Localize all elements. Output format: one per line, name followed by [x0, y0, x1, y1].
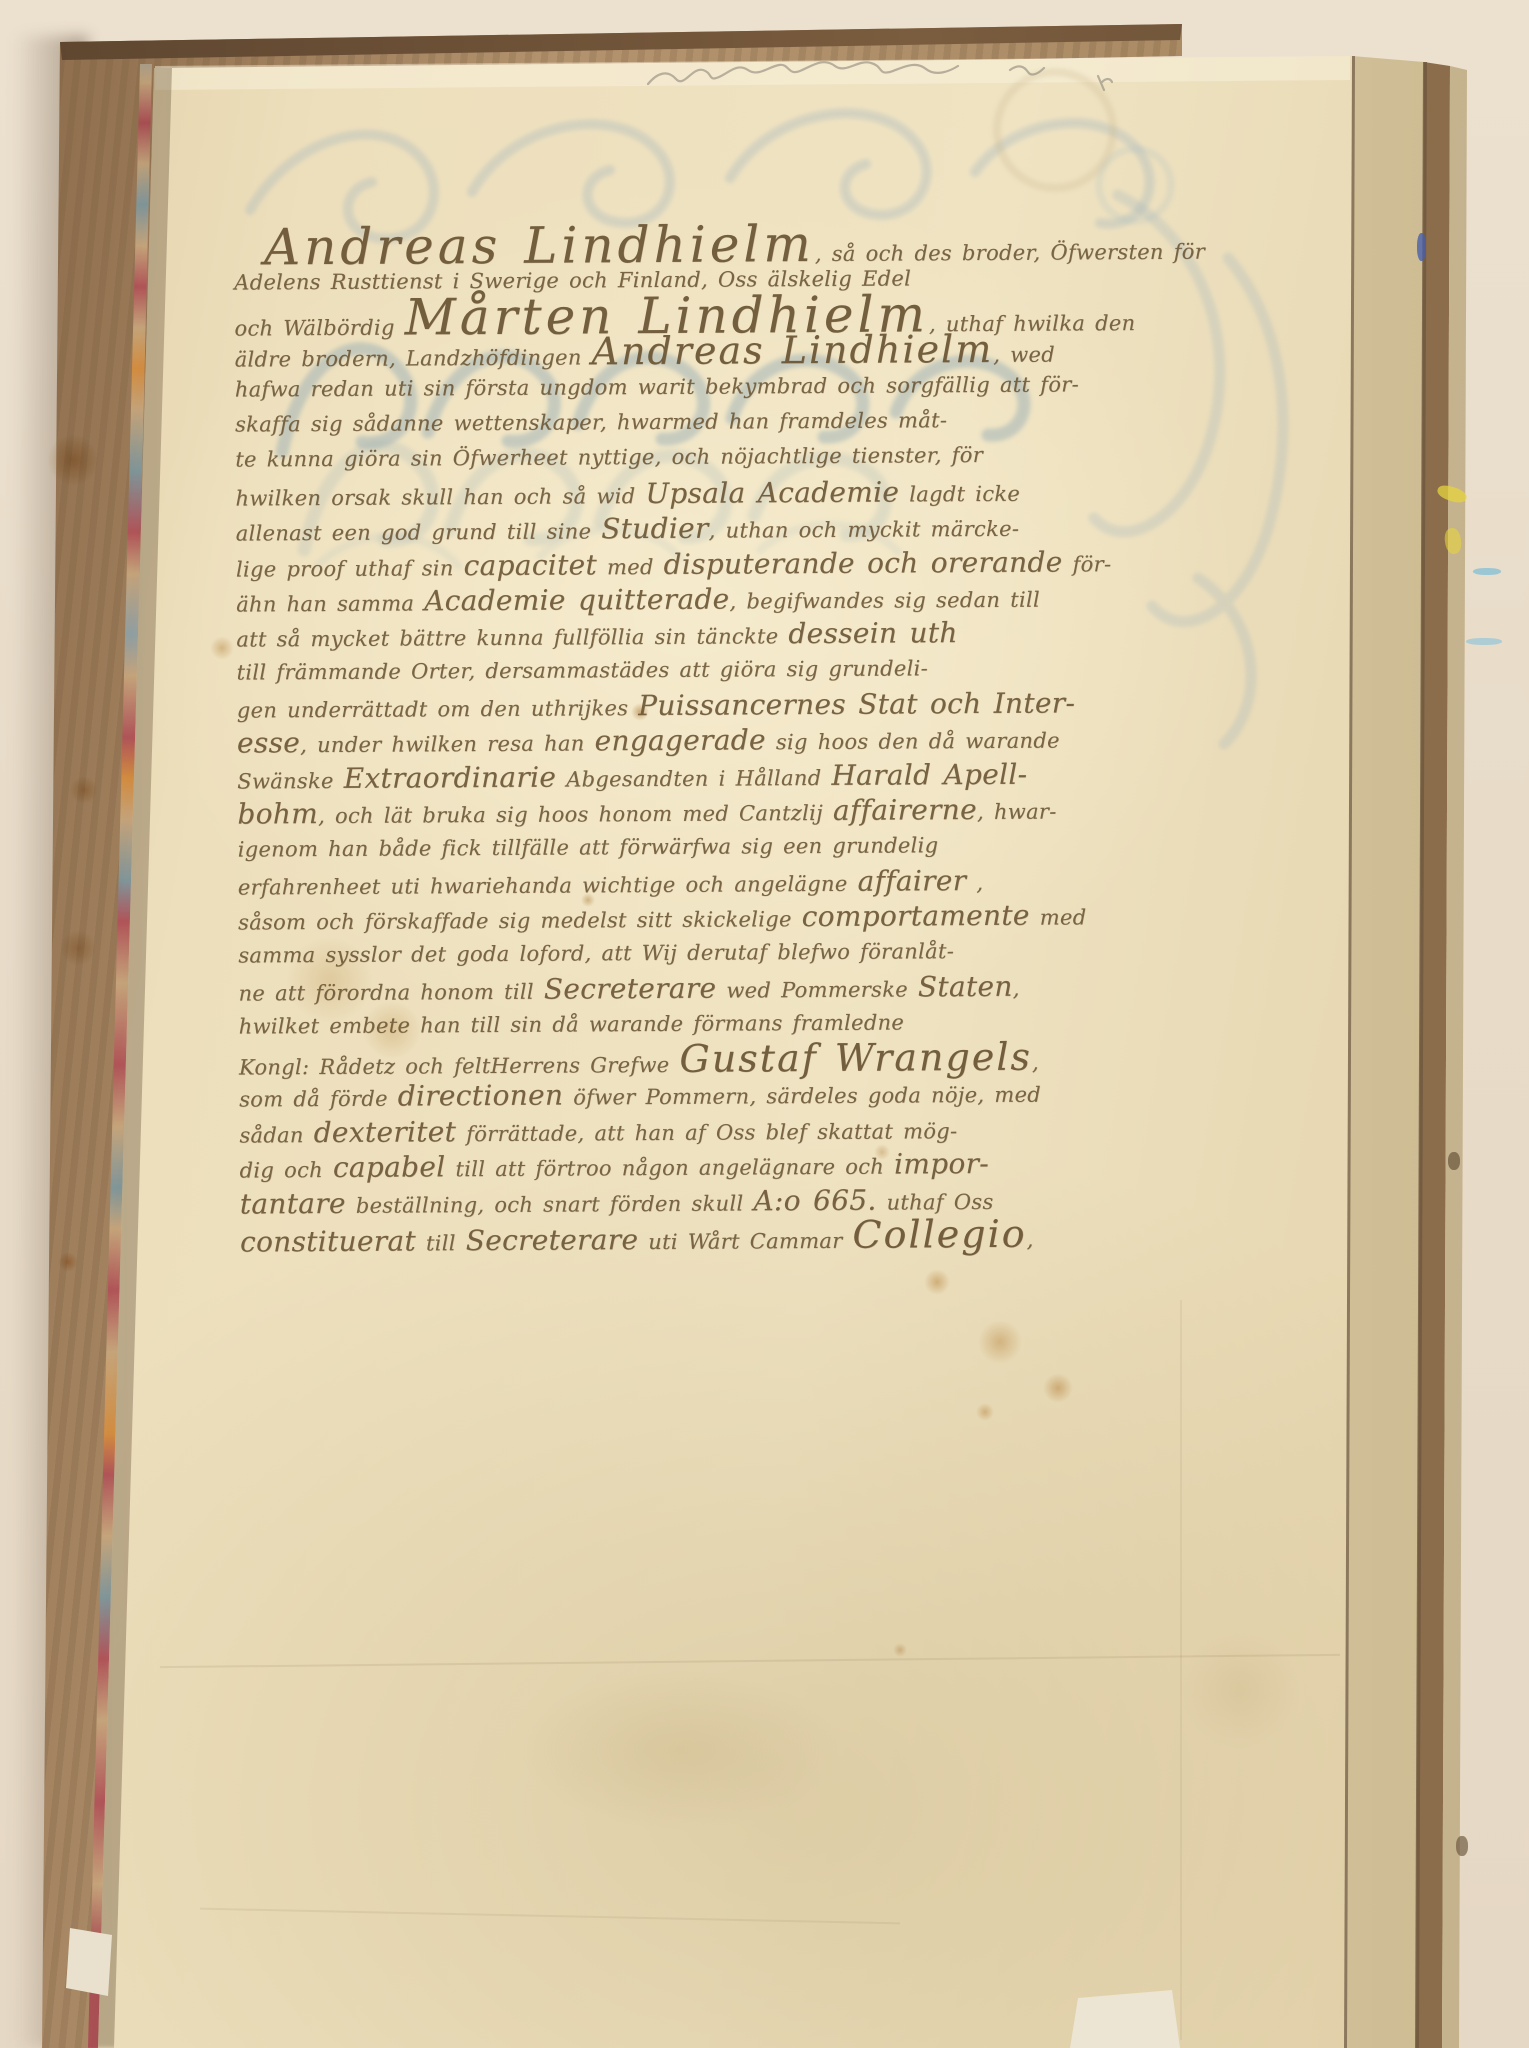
manuscript-line: sådan dexteritet förrättade, att han af … — [239, 1110, 1069, 1150]
blue-crayon-fleck — [1466, 638, 1502, 645]
manuscript-line: att så mycket bättre kunna fullföllia si… — [236, 615, 1066, 655]
manuscript-text-segment: te kunna giöra sin Öfwerheet nyttige, oc… — [235, 443, 983, 472]
manuscript-text-segment: sig hoos den då warande — [766, 729, 1060, 755]
manuscript-text-segment: engagerade — [594, 724, 765, 758]
manuscript-text-segment: beställning, och snart förden skull — [346, 1191, 754, 1217]
manuscript-text-segment: att så mycket bättre kunna fullföllia si… — [236, 624, 788, 651]
manuscript-text-segment: Harald Apell- — [831, 758, 1027, 792]
manuscript-text-segment: med — [1030, 906, 1087, 930]
manuscript-line: constituerat till Secreterare uti Wårt C… — [240, 1216, 1070, 1256]
blue-crayon-fleck — [1473, 568, 1501, 575]
manuscript-text-segment: Extraordinarie — [344, 760, 557, 794]
manuscript-text-segment: , uthan och myckit märcke- — [709, 517, 1020, 543]
manuscript-text-segment: , begifwandes sig sedan till — [729, 588, 1040, 614]
manuscript-text-segment: såsom och förskaffade sig medelst sitt s… — [238, 908, 802, 935]
manuscript-line: dig och capabel till att förtroo någon a… — [239, 1146, 1069, 1186]
manuscript-line: samma sysslor det goda loford, att Wij d… — [238, 933, 1068, 973]
manuscript-text-segment: Gustaf Wrangels — [679, 1035, 1032, 1081]
manuscript-line: hwilken orsak skull han och så wid Upsal… — [235, 473, 1065, 513]
manuscript-text: Andreas Lindhielm, så och des broder, Öf… — [234, 225, 1070, 1256]
manuscript-text-segment: wed Pommerske — [716, 978, 918, 1003]
manuscript-text-segment: uthaf Oss — [877, 1189, 994, 1214]
manuscript-text-segment: capabel — [333, 1150, 446, 1184]
manuscript-text-segment: , wed — [993, 343, 1055, 367]
manuscript-text-segment: uti Wårt Cammar — [638, 1229, 852, 1254]
manuscript-text-segment: till främmande Orter, dersammastädes att… — [236, 656, 928, 684]
manuscript-text-segment: Upsala Academie — [645, 475, 899, 510]
manuscript-text-segment: Kongl: Rådetz och feltHerrens Grefwe — [239, 1053, 680, 1080]
manuscript-text-segment: ähn han samma — [236, 591, 424, 616]
manuscript-text-segment: Secreterare — [466, 1223, 639, 1257]
manuscript-text-segment: capacitet — [463, 548, 597, 582]
manuscript-text-segment: disputerande och orerande — [664, 545, 1063, 580]
manuscript-text-segment: directionen — [398, 1079, 564, 1113]
manuscript-line: Swänske Extraordinarie Abgesandten i Hål… — [237, 756, 1067, 796]
manuscript-text-segment: gen underrättadt om den uthrijkes — [237, 696, 639, 722]
manuscript-line: Andreas Lindhielm, så och des broder, Öf… — [234, 225, 1064, 265]
manuscript-text-segment: Puissancernes Stat och Inter- — [638, 686, 1075, 722]
manuscript-text-segment: lagdt icke — [899, 481, 1020, 506]
manuscript-text-segment: , och lät bruka sig hoos honom med Cantz… — [318, 801, 833, 828]
manuscript-line: såsom och förskaffade sig medelst sitt s… — [238, 898, 1068, 938]
manuscript-text-segment: esse — [237, 727, 300, 760]
manuscript-text-segment: allenast een god grund till sine — [236, 519, 602, 545]
manuscript-text-segment: Staten — [918, 970, 1013, 1004]
manuscript-line: erfahrenheet uti hwariehanda wichtige oc… — [238, 862, 1068, 902]
manuscript-text-segment: sådan — [239, 1123, 313, 1147]
manuscript-text-segment: dig och — [240, 1158, 333, 1183]
manuscript-text-segment: hwilken orsak skull han och så wid — [235, 484, 645, 511]
manuscript-text-segment: för- — [1062, 552, 1111, 576]
manuscript-text-segment: igenom han både fick tillfälle att förwä… — [238, 833, 939, 861]
manuscript-text-segment: hafwa redan uti sin första ungdom warit … — [235, 372, 1079, 401]
manuscript-line: gen underrättadt om den uthrijkes Puissa… — [237, 686, 1067, 726]
manuscript-text-segment: erfahrenheet uti hwariehanda wichtige oc… — [238, 872, 858, 900]
manuscript-line: igenom han både fick tillfälle att förwä… — [238, 827, 1068, 867]
manuscript-text-segment: dexteritet — [314, 1115, 457, 1149]
manuscript-text-segment: öfwer Pommern, särdeles goda nöje, med — [563, 1083, 1041, 1110]
manuscript-text-segment: affairer — [857, 864, 966, 898]
manuscript-text-segment: samma sysslor det goda loford, att Wij d… — [238, 939, 954, 967]
manuscript-text-segment: till — [416, 1231, 466, 1255]
manuscript-text-segment: , — [966, 871, 983, 895]
manuscript-text-segment: hwilket embete han till sin då warande f… — [239, 1010, 905, 1038]
manuscript-text-segment: till att förtroo någon angelägnare och — [445, 1155, 894, 1182]
manuscript-text-segment: impor- — [894, 1147, 989, 1181]
manuscript-text-segment: med — [597, 554, 664, 578]
manuscript-text-segment: Abgesandten i Hålland — [556, 766, 831, 792]
manuscript-text-segment: Swänske — [237, 769, 344, 794]
manuscript-line: skaffa sig sådanne wettenskaper, hwarmed… — [235, 402, 1065, 442]
manuscript-line: som då förde directionen öfwer Pommern, … — [239, 1075, 1069, 1115]
manuscript-text-segment: skaffa sig sådanne wettenskaper, hwarmed… — [235, 408, 947, 436]
manuscript-text-segment: och Wälbördig — [234, 315, 404, 340]
manuscript-text-segment: Studier — [601, 512, 709, 546]
manuscript-text-segment: äldre brodern, Landzhöfdingen — [235, 346, 592, 372]
manuscript-line: hafwa redan uti sin första ungdom warit … — [235, 367, 1065, 407]
manuscript-line: bohm, och lät bruka sig hoos honom med C… — [237, 792, 1067, 832]
manuscript-line: te kunna giöra sin Öfwerheet nyttige, oc… — [235, 438, 1065, 478]
manuscript-text-segment: Collegio — [852, 1212, 1026, 1257]
manuscript-line: esse, under hwilken resa han engagerade … — [237, 721, 1067, 761]
manuscript-text-segment: tantare — [240, 1186, 346, 1220]
manuscript-text-segment: bohm — [237, 797, 318, 830]
manuscript-text-segment: , — [1032, 1051, 1039, 1075]
manuscript-text-segment: , — [1013, 977, 1020, 1001]
manuscript-text-segment: ne att förordna honom till — [238, 980, 543, 1006]
manuscript-text-segment: affairerne — [833, 793, 977, 827]
manuscript-line: till främmande Orter, dersammastädes att… — [236, 650, 1066, 690]
manuscript-text-segment: Academie quitterade — [424, 582, 730, 617]
manuscript-text-segment: , under hwilken resa han — [300, 732, 595, 758]
manuscript-text-segment: Andreas Lindhielm — [591, 327, 993, 373]
manuscript-text-segment: dessein uth — [788, 616, 958, 650]
manuscript-text-segment: lige proof uthaf sin — [236, 556, 464, 581]
manuscript-text-segment: , hwar- — [977, 800, 1057, 824]
manuscript-text-segment: constituerat — [240, 1224, 416, 1258]
manuscript-text-segment: , så och des broder, Öfwersten för — [815, 240, 1205, 266]
manuscript-text-segment: comportamente — [802, 899, 1030, 933]
manuscript-line: allenast een god grund till sine Studier… — [236, 509, 1066, 549]
manuscript-line: ne att förordna honom till Secreterare w… — [238, 969, 1068, 1009]
manuscript-text-segment: , — [1027, 1228, 1034, 1252]
manuscript-text-segment: förrättade, att han af Oss blef skattat … — [456, 1119, 957, 1146]
manuscript-text-segment: Secreterare — [544, 972, 717, 1006]
manuscript-line: lige proof uthaf sin capacitet med dispu… — [236, 544, 1066, 584]
manuscript-line: Kongl: Rådetz och feltHerrens Grefwe Gus… — [239, 1039, 1069, 1079]
manuscript-line: ähn han samma Academie quitterade, begif… — [236, 579, 1066, 619]
manuscript-text-segment: som då förde — [239, 1087, 398, 1112]
scanned-manuscript: { "document": { "kind": "handwritten man… — [0, 0, 1529, 2048]
